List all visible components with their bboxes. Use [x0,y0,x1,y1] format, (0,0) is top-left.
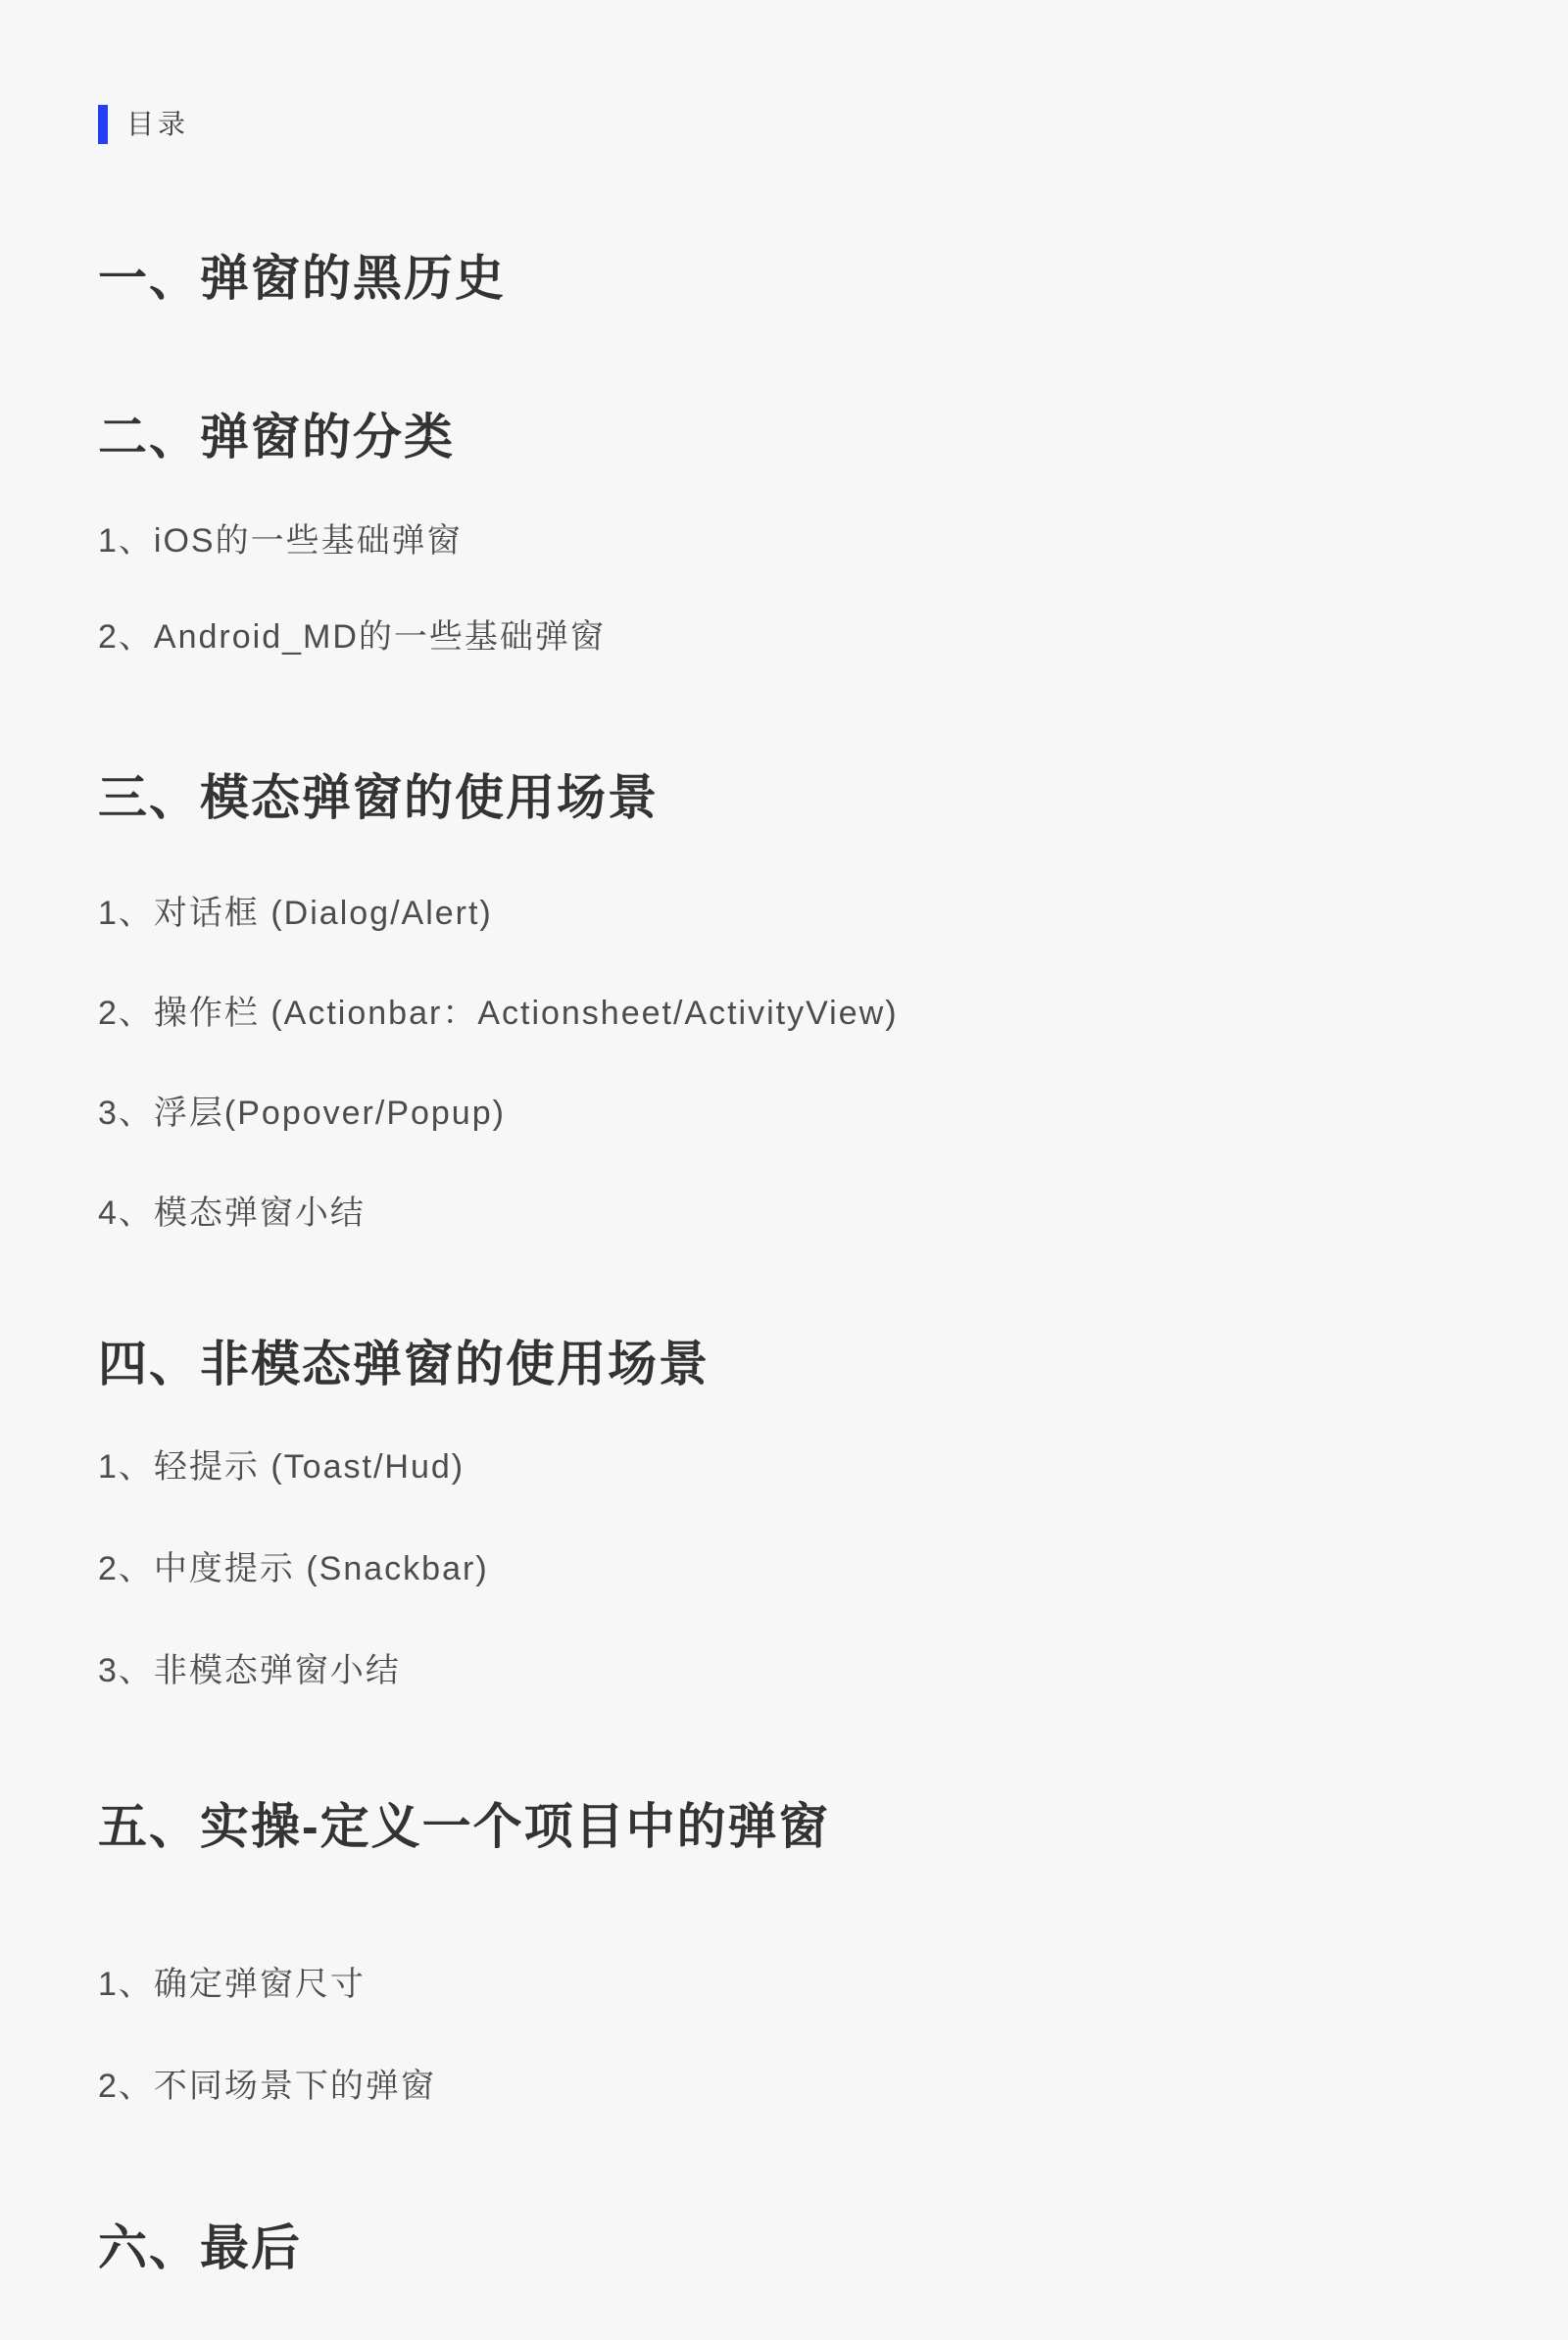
section-title-1: 一、弹窗的黑历史 [98,251,506,306]
toc-item-3-1: 1、对话框 (Dialog/Alert) [98,890,493,937]
toc-item-4-3: 3、非模态弹窗小结 [98,1647,401,1694]
toc-item-5-2: 2、不同场景下的弹窗 [98,2063,436,2110]
toc-item-2-2: 2、Android_MD的一些基础弹窗 [98,613,606,660]
toc-item-2-1: 1、iOS的一些基础弹窗 [98,517,463,564]
accent-bar [98,105,108,144]
section-title-6: 六、最后 [98,2220,302,2275]
toc-item-4-2: 2、中度提示 (Snackbar) [98,1545,489,1592]
toc-item-5-1: 1、确定弹窗尺寸 [98,1961,366,2008]
toc-header: 目录 [98,104,189,145]
toc-header-label: 目录 [126,104,189,145]
toc-item-3-2: 2、操作栏 (Actionbar：Actionsheet/ActivityVie… [98,990,899,1037]
section-title-2: 二、弹窗的分类 [98,410,455,464]
section-title-3: 三、模态弹窗的使用场景 [98,770,659,825]
toc-item-3-3: 3、浮层(Popover/Popup) [98,1090,506,1137]
toc-item-3-4: 4、模态弹窗小结 [98,1190,366,1237]
article-toc-page: 目录 一、弹窗的黑历史 二、弹窗的分类 1、iOS的一些基础弹窗 2、Andro… [0,0,1568,2340]
toc-item-4-1: 1、轻提示 (Toast/Hud) [98,1443,465,1490]
section-title-5: 五、实操-定义一个项目中的弹窗 [98,1799,830,1854]
section-title-4: 四、非模态弹窗的使用场景 [98,1337,710,1391]
